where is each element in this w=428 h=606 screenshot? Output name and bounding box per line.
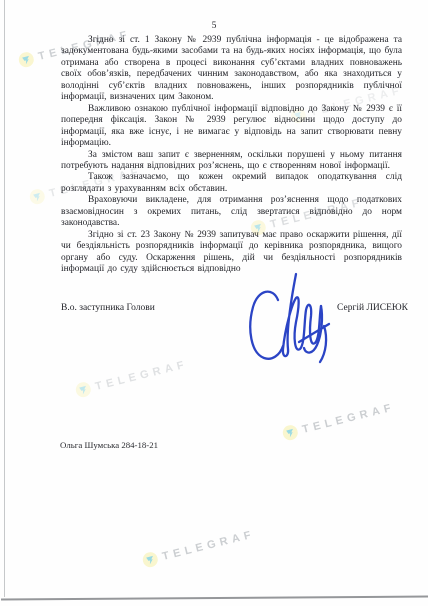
page-number: 5 — [0, 20, 428, 31]
telegraf-logo-icon — [281, 424, 299, 442]
telegraf-watermark: TELEGRAF — [74, 356, 189, 398]
document-page: TELEGRAF TELEGRAF TELEGRAF TELEGRAF TELE… — [0, 0, 428, 606]
paragraph: Також зазначаємо, що кожен окремий випад… — [61, 172, 402, 195]
document-body: Згідно зі ст. 1 Закону № 2939 публічна і… — [61, 35, 402, 276]
page-bottom-edge — [1, 595, 428, 600]
paragraph: Згідно зі ст. 1 Закону № 2939 публічна і… — [61, 35, 402, 104]
watermark-label: TELEGRAF — [94, 358, 189, 393]
signature-block: В.о. заступника Голови Сергій ЛИСЕЮК — [61, 303, 408, 313]
telegraf-logo-icon — [141, 551, 159, 569]
telegraf-logo-icon — [28, 188, 46, 206]
footer-contact: Ольга Шумська 284-18-21 — [60, 440, 158, 450]
signer-name: Сергій ЛИСЕЮК — [337, 303, 408, 313]
telegraf-logo-icon — [17, 51, 35, 69]
watermark-label: TELEGRAF — [301, 401, 396, 436]
page-left-edge — [4, 0, 5, 597]
telegraf-watermark: TELEGRAF — [281, 399, 396, 441]
watermark-label: TELEGRAF — [161, 528, 256, 563]
signature-ink — [236, 258, 336, 372]
paragraph: За змістом ваш запит є зверненням, оскіл… — [61, 150, 402, 173]
paragraph: Згідно зі ст. 23 Закону № 2939 запитувач… — [61, 230, 402, 276]
telegraf-logo-icon — [74, 381, 92, 399]
signer-position: В.о. заступника Голови — [61, 303, 155, 313]
paragraph: Важливою ознакою публічної інформації ві… — [61, 104, 402, 150]
paragraph: Враховуючи викладене, для отримання роз’… — [61, 195, 402, 229]
telegraf-watermark: TELEGRAF — [141, 526, 256, 568]
